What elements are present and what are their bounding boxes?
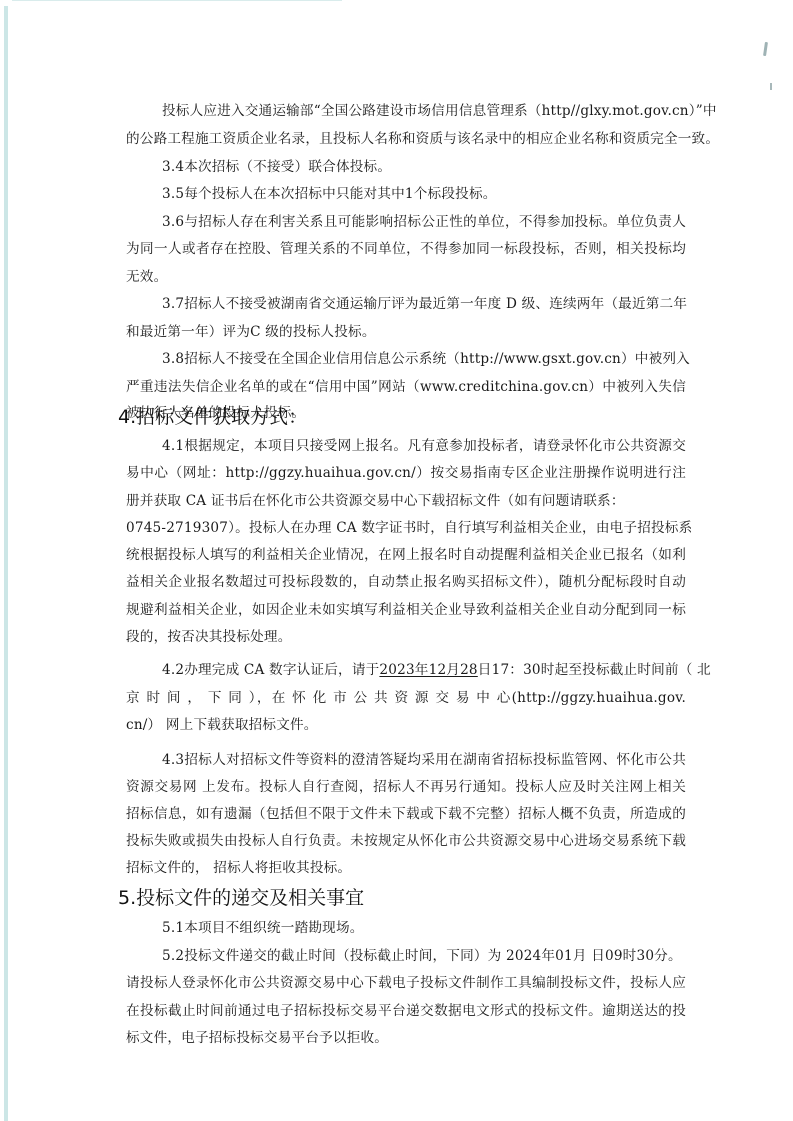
document-page: 投标人应进入交通运输部“全国公路建设市场信用信息管理系（http//glxy.m… — [0, 0, 793, 1121]
paragraph-line: 规避利益相关企业，如因企业未如实填写利益相关企业导致利益相关企业自动分配到同一标 — [126, 600, 686, 620]
section-4-heading: 4.招标文件获取方式： — [118, 404, 307, 430]
section-5-heading: 5.投标文件的递交及相关事宜 — [118, 885, 364, 911]
paragraph-line: 册并获取 CA 证书后在怀化市公共资源交易中心下载招标文件（如有问题请联系： — [126, 491, 686, 511]
clause-3-8: 3.8招标人不接受在全国企业信用信息公示系统（http://www.gsxt.g… — [162, 349, 686, 369]
clause-5-2: 5.2投标文件递交的截止时间（投标截止时间，下同）为 2024年01月 日09时… — [162, 946, 686, 966]
paragraph-line: 请投标人登录怀化市公共资源交易中心下载电子投标文件制作工具编制投标文件，投标人应 — [126, 973, 686, 993]
clause-5-1: 5.1本项目不组织统一踏勘现场。 — [162, 918, 686, 938]
paragraph-line: 0745-2719307）。投标人在办理 CA 数字证书时，自行填写利益相关企业… — [126, 518, 686, 538]
clause-3-4: 3.4本次招标（不接受）联合体投标。 — [162, 157, 686, 177]
paragraph-line: 段的，按否决其投标处理。 — [126, 627, 686, 647]
paragraph-line: 在投标截止时间前通过电子招标投标交易平台递交数据电文形式的投标文件。逾期送达的投 — [126, 1001, 686, 1021]
clause-4-2: 4.2办理完成 CA 数字认证后，请于2023年12月28日17：30时起至投标… — [162, 660, 686, 680]
paragraph-line: 的公路工程施工资质企业名录，且投标人名称和资质与该名录中的相应企业名称和资质完全… — [126, 129, 686, 149]
paragraph-line: 京 时 间 ， 下 同 ），在 怀 化 市 公 共 资 源 交 易 中 心(ht… — [126, 688, 686, 708]
paragraph-line: 益相关企业报名数超过可投标段数的，自动禁止报名购买招标文件），随机分配标段时自动 — [126, 572, 686, 592]
paragraph-line: 严重违法失信企业名单的或在“信用中国”网站（www.creditchina.go… — [126, 377, 686, 397]
paragraph-line: 投标人应进入交通运输部“全国公路建设市场信用信息管理系（http//glxy.m… — [162, 101, 686, 121]
paragraph-line: 招标文件的， 招标人将拒收其投标。 — [126, 858, 686, 878]
paragraph-line: cn/） 网上下载获取招标文件。 — [126, 715, 686, 735]
start-date-underlined: 2023年12月28 — [379, 662, 477, 678]
clause-3-5: 3.5每个投标人在本次招标中只能对其中1个标段投标。 — [162, 184, 686, 204]
clause-3-6: 3.6与招标人存在利害关系且可能影响招标公正性的单位，不得参加投标。单位负责人 — [162, 212, 686, 232]
clause-3-7: 3.7招标人不接受被湖南省交通运输厅评为最近第一年度 D 级、连续两年（最近第二… — [162, 294, 686, 314]
paragraph-line: 无效。 — [126, 267, 686, 287]
clause-4-3: 4.3招标人对招标文件等资料的澄清答疑均采用在湖南省招标投标监管网、怀化市公共 — [162, 750, 686, 770]
paragraph-line: 和最近第一年）评为C 级的投标人投标。 — [126, 322, 686, 342]
paragraph-line: 为同一人或者存在控股、管理关系的不同单位，不得参加同一标段投标，否则，相关投标均 — [126, 239, 686, 259]
clause-4-2-suffix: 日17：30时起至投标截止时间前（ 北 — [478, 662, 711, 678]
clause-4-1: 4.1根据规定，本项目只接受网上报名。凡有意参加投标者，请登录怀化市公共资源交 — [162, 436, 686, 456]
clause-4-2-prefix: 4.2办理完成 CA 数字认证后，请于 — [162, 662, 379, 678]
paragraph-line: 标文件，电子招标投标交易平台予以拒收。 — [126, 1028, 686, 1048]
paragraph-line: 投标失败或损失由投标人自行负责。未按规定从怀化市公共资源交易中心进场交易系统下载 — [126, 831, 686, 851]
paragraph-line: 资源交易网 上发布。投标人自行查阅，招标人不再另行通知。投标人应及时关注网上相关 — [126, 777, 686, 797]
paragraph-line: 招标信息，如有遗漏（包括但不限于文件未下载或下载不完整）招标人概不负责，所造成的 — [126, 804, 686, 824]
paragraph-line: 易中心（网址：http://ggzy.huaihua.gov.cn/）按交易指南… — [126, 463, 686, 483]
paragraph-line: 统根据投标人填写的利益相关企业情况，在网上报名时自动提醒利益相关企业已报名（如利 — [126, 545, 686, 565]
